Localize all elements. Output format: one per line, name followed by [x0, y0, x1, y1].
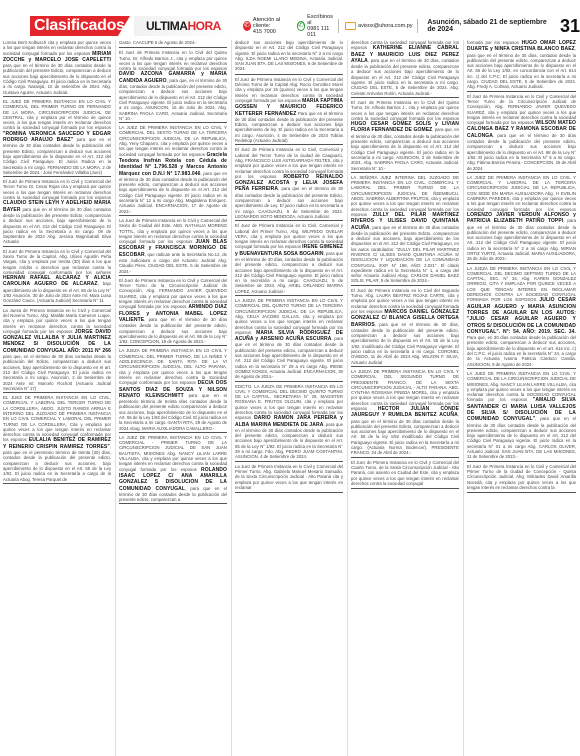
notice-parties: JULIO CESAR AGUILAR AGUERO y MARIA ASUNC…	[467, 297, 576, 334]
classified-notice: EL JUEZ DE PRIMERA INSTANCIA EN LO CIVIL…	[3, 395, 111, 484]
classified-notice: LA SEÑORA JUEZ INTERINA DEL JUZGADO DE P…	[351, 175, 459, 286]
notice-text: El Juez de Primera Instancia en lo Civil…	[467, 464, 576, 490]
classified-notice: derechos contra la sociedad conyugal for…	[351, 40, 459, 98]
classified-notice: El Juez de Primera Instancia en lo Civil…	[235, 77, 343, 146]
notice-text: LA JUEZA DE PRIMERA INSTANCIA EN LO CIVI…	[351, 369, 459, 411]
classified-notice: El Juez de Primera Instancia en lo Civil…	[351, 460, 459, 489]
notice-text: , para que en el término de 30 días cont…	[119, 171, 227, 214]
notice-text: , para que en el término de 30 días cont…	[467, 416, 576, 459]
issue-date: Asunción, sábado 21 de septiembre de 202…	[427, 19, 548, 33]
notice-text: para que, en el término de 30 días conta…	[3, 354, 111, 391]
newspaper-logo[interactable]: ULTIMAHORA	[134, 16, 237, 36]
contact-phone[interactable]: ✆ Atención al cliente:415 7000	[243, 17, 291, 35]
classified-notice: El Juez de Primera Instancia en lo Civil…	[467, 94, 576, 173]
classified-notice: LA JUEZ DE PRIMERA INSTANCIA EN LO CIVIL…	[119, 435, 227, 505]
mail-icon	[345, 22, 356, 30]
classified-notice: El Juez de Primera Instancia en lo Civil…	[351, 288, 459, 367]
classified-notice: El Juez de Primera Instancia en lo Civil…	[3, 249, 111, 306]
classified-notice: La Jueza de Primera Instancia en lo Civi…	[3, 308, 111, 393]
page-number: 31	[560, 16, 580, 37]
classified-notice: formada por los esposos HUGO OMAR LOPEZ …	[467, 40, 576, 92]
classified-notice: LA JUEZA DE PRIMERA INSTANCIA EN LO CIVI…	[351, 369, 459, 458]
notice-text: , para que en el término de 30 días cont…	[351, 412, 459, 455]
classifieds-columns: Lorena Berit Kolbusch cita y emplaza por…	[0, 40, 580, 756]
notice-text: , para que, en el término de 30 días, co…	[119, 78, 227, 121]
column-4: derechos contra la sociedad conyugal for…	[348, 40, 464, 756]
contact-email[interactable]: avisos@uhora.com.py	[345, 22, 413, 30]
notice-text: deducir sus acciones bajo apercibimiento…	[235, 40, 343, 71]
column-2: Gasto. CAACUPE 6 de Agosto de 2024.-El J…	[116, 40, 232, 756]
notice-text: Para que, en 30 días contados desde la p…	[467, 335, 576, 366]
notice-text: , para que en el término de 30 días cont…	[467, 133, 576, 171]
classified-notice: Lorena Berit Kolbusch cita y emplaza por…	[3, 40, 111, 97]
notice-text: El Juez de Primera Instancia en lo Civil…	[351, 460, 459, 486]
notice-text: para que en el perentorio término de tre…	[119, 393, 227, 431]
classified-notice: La Juez de Primera Instancia en lo Civil…	[119, 218, 227, 276]
page-header: Clasificados ULTIMAHORA ✆ Atención al cl…	[30, 16, 580, 36]
classified-notice: El Juez de Primera Instancia en lo Civil…	[351, 100, 459, 173]
notice-text: , para que en el término de 30 días, con…	[467, 46, 576, 89]
notice-text: EL JUEZ DE PRIMERA INSTANCIA EN LO CIVIL…	[3, 99, 111, 130]
classified-notice: LA JUEZA DE PRIMERA INSTANCIA EN LO CIVI…	[235, 298, 343, 381]
column-3: deducir sus acciones bajo apercibimiento…	[232, 40, 348, 756]
classified-notice: LA JUEZA DE PRIMERA INSTANCIA EN LO CIVI…	[119, 348, 227, 432]
classified-notice: El Juez de Primera Instancia en lo Civil…	[119, 50, 227, 123]
notice-text: La Juez de Primera Instancia en lo Civil…	[235, 464, 343, 490]
notice-text: , para que en el perentorio término de t…	[3, 444, 111, 482]
classified-notice: El Juez de Primera Instancia en lo Civil…	[119, 278, 227, 347]
notice-text: El Juez de Primera Instancia en lo Civil…	[351, 100, 459, 121]
classified-notice: La Juez de Primera Instancia en lo Civil…	[235, 464, 343, 493]
classified-notice: El Juez de Primera Instancia en lo Civil…	[235, 223, 343, 296]
classified-notice: Gasto. CAACUPE 6 de Agosto de 2024.-	[119, 40, 227, 48]
contact-whatsapp[interactable]: ✆ Escríbinos al0981 111 011	[297, 14, 335, 38]
classified-notice: LA JUEZ DE PRIMERA INSTANCIA EN LO CIVIL…	[467, 175, 576, 264]
classified-notice: El Juez de Primera Instancia en lo Civil…	[3, 179, 111, 247]
notice-parties: HERNAN RAFAEL ALCARAZ Y ALICIA CAROLINA …	[3, 275, 111, 287]
section-title: Clasificados	[30, 16, 130, 36]
column-5: formada por los esposos HUGO OMAR LOPEZ …	[464, 40, 580, 756]
notice-text: EL JUEZ DE PRIMERA INSTANCIA EN LO CIVIL…	[3, 395, 111, 442]
classified-notice: EL JUEZ DE PRIMERA INSTANCIA EN LO CIVIL…	[3, 99, 111, 177]
phone-icon: ✆	[243, 21, 251, 31]
classified-notice: LA JUEZA DE PRIMERA INSTANCIA EN LO CIVI…	[467, 266, 576, 369]
notice-text: , para que en el término de 30 días, con…	[351, 322, 459, 365]
notice-text: El Juez de Primera Instancia en lo Civil…	[119, 50, 227, 71]
whatsapp-icon: ✆	[297, 21, 306, 31]
notice-text: para que en el término de 30 días contad…	[3, 207, 111, 245]
classified-notice: El Juez de Primera Instancia en lo Civil…	[467, 464, 576, 493]
column-1: Lorena Berit Kolbusch cita y emplaza por…	[0, 40, 116, 756]
classified-notice: deducir sus acciones bajo apercibimiento…	[235, 40, 343, 75]
notice-text: , para que en el término de 30 días cont…	[235, 336, 343, 379]
notice-text: , para que, en el término de 30 días, co…	[351, 127, 459, 170]
notice-text: , para que en el término de 30 días cont…	[351, 225, 459, 284]
notice-text: El Juez de Primera Instancia en lo Civil…	[3, 179, 111, 200]
notice-text: , para que en el término de 30 días cont…	[467, 218, 576, 261]
classified-notice: LA JUEZ DE PRIMERA INSTANCIA EN LO CIVIL…	[119, 125, 227, 216]
notice-text: , para que en el término de 30 días cont…	[235, 422, 343, 460]
notice-text: Gasto. CAACUPE 6 de Agosto de 2024.-	[119, 40, 197, 45]
classified-notice: LA JUEZ DE PRIMERA INSTANCIA EN LO CIVIL…	[467, 371, 576, 462]
notice-text: LA SEÑORA JUEZ INTERINA DEL JUZGADO DE P…	[351, 175, 459, 217]
classified-notice: EDICTO. LA JUEZA DE PRIMERA INSTANCIA EN…	[235, 384, 343, 462]
divider	[338, 19, 339, 33]
notice-text: El Juez de Primera Instancia en lo Civil…	[3, 249, 111, 275]
notice-text: LA JUEZ DE PRIMERA INSTANCIA EN LO CIVIL…	[467, 175, 576, 212]
divider	[417, 19, 418, 33]
notice-text: formada por los esposos	[467, 40, 522, 45]
notice-text: para que en el término de 30 días contad…	[3, 137, 111, 175]
classified-notice: El Juez de Primera Instancia en lo Civil…	[235, 147, 343, 221]
notice-text: , para que en el término de 30 días, con…	[351, 58, 459, 96]
notice-text: para que en el término de 30 días contad…	[3, 63, 111, 94]
notice-parties: LORENZO JAVIER VERDUN ALFONSO y PATRICIA…	[467, 212, 576, 224]
notice-text: , para que en el término de 30 días, con…	[235, 251, 343, 294]
